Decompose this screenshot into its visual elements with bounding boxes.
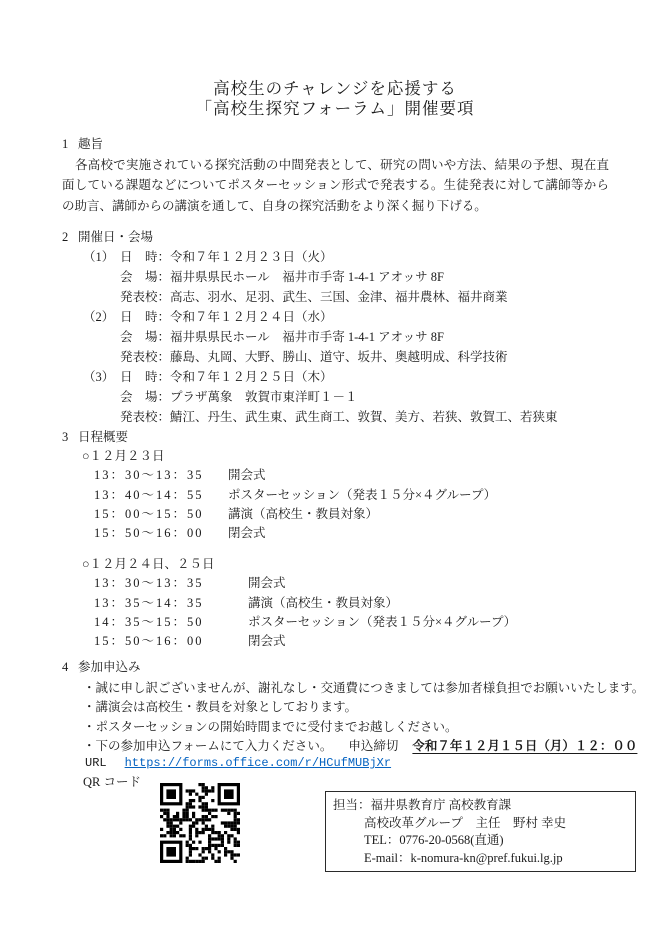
section-title: 日程概要 (78, 430, 128, 444)
deadline-label: 申込締切 (348, 739, 398, 753)
program-item: 15：50～16：00閉会式 (82, 524, 496, 543)
schools-label: 発表校： (120, 410, 170, 424)
section-schedule-heading: 2開催日・会場 (62, 227, 153, 245)
application-notes: ・誠に申し訳ございませんが、謝礼なし・交通費につきましては参加者様負担でお願いい… (83, 679, 644, 757)
program-item: 13：30～13：35開会式 (82, 466, 496, 485)
section-application-heading: 4参加申込み (62, 657, 141, 675)
purpose-paragraph: 各高校で実施されている探究活動の中間発表として、研究の問いや方法、結果の予想、現… (62, 155, 609, 216)
section-title: 参加申込み (78, 660, 141, 674)
deadline-date: 令和７年１２月１５日（月）１２：００ (412, 739, 637, 753)
title-line-2: 「高校生探究フォーラム」開催要項 (0, 99, 670, 119)
section-number: 1 (62, 137, 78, 152)
event-index: （1） (83, 247, 114, 267)
date-label: 日 時： (120, 250, 170, 264)
contact-phone: TEL：0776-20-0568(直通) (333, 832, 635, 850)
program-item: 14：35～15：50ポスターセッション（発表１５分×４グループ） (82, 613, 516, 632)
event-schools-row: 発表校：鯖江、丹生、武生東、武生商工、敦賀、美方、若狭、敦賀工、若狭東 (83, 407, 623, 427)
program-time: 13：30～13：35 (94, 466, 228, 485)
venue-label: 会 場： (120, 390, 170, 404)
program-item: 13：35～14：35講演（高校生・教員対象） (82, 594, 516, 613)
program-time: 15：50～16：00 (94, 524, 228, 543)
document-title: 高校生のチャレンジを応援する 「高校生探究フォーラム」開催要項 (0, 79, 670, 119)
program-time: 13：30～13：35 (94, 574, 248, 593)
event-venue: プラザ萬象 敦賀市東洋町１－１ (170, 390, 358, 404)
date-label: 日 時： (120, 370, 170, 384)
application-note: ・誠に申し訳ございませんが、謝礼なし・交通費につきましては参加者様負担でお願いい… (83, 679, 644, 698)
date-label: 日 時： (120, 310, 170, 324)
section-number: 2 (62, 230, 78, 245)
program-day-1: ○１２月２３日 13：30～13：35開会式 13：40～14：55ポスターセッ… (82, 447, 496, 543)
section-title: 開催日・会場 (78, 230, 153, 244)
schools-label: 発表校： (120, 350, 170, 364)
url-label: URL (85, 756, 107, 770)
section-purpose-heading: 1趣旨 (62, 134, 103, 152)
qr-code-image (160, 783, 240, 863)
event-venue-row: 会 場：福井県県民ホール 福井市手寄 1-4-1 アオッサ 8F (83, 327, 623, 347)
event-date: 令和７年１２月２３日（火） (170, 250, 333, 264)
contact-department: 担当：福井県教育庁 高校教育課 (333, 797, 635, 815)
schools-label: 発表校： (120, 290, 170, 304)
program-label: 閉会式 (248, 634, 286, 648)
venue-label: 会 場： (120, 270, 170, 284)
application-note: ・ポスターセッションの開始時間までに受付までお越しください。 (83, 718, 644, 737)
program-item: 13：40～14：55ポスターセッション（発表１５分×４グループ） (82, 486, 496, 505)
contact-box: 担当：福井県教育庁 高校教育課 高校改革グループ 主任 野村 幸史 TEL：07… (325, 791, 636, 872)
url-row: URL https://forms.office.com/r/HCufMUBjX… (85, 753, 391, 771)
program-label: 開会式 (248, 576, 286, 590)
program-time: 15：00～15：50 (94, 505, 228, 524)
program-day-2: ○１２月２４日、２５日 13：30～13：35開会式 13：35～14：35講演… (82, 555, 516, 651)
event-date-row: （3） 日 時：令和７年１２月２５日（木） (83, 367, 623, 387)
contact-email: E-mail：k-nomura-kn@pref.fukui.lg.jp (333, 850, 635, 868)
program-time: 13：35～14：35 (94, 594, 248, 613)
event-schools: 藤島、丸岡、大野、勝山、道守、坂井、奥越明成、科学技術 (170, 350, 508, 364)
event-date: 令和７年１２月２５日（木） (170, 370, 333, 384)
event-venue-row: 会 場：プラザ萬象 敦賀市東洋町１－１ (83, 387, 623, 407)
program-time: 13：40～14：55 (94, 486, 228, 505)
program-item: 15：00～15：50講演（高校生・教員対象） (82, 505, 496, 524)
venue-label: 会 場： (120, 330, 170, 344)
qr-code-label: QR コード (83, 772, 141, 790)
event-venue-row: 会 場：福井県県民ホール 福井市手寄 1-4-1 アオッサ 8F (83, 267, 623, 287)
program-label: ポスターセッション（発表１５分×４グループ） (248, 615, 516, 629)
program-label: 開会式 (228, 468, 266, 482)
program-day-label: ○１２月２４日、２５日 (82, 555, 516, 574)
schedule-events: （1） 日 時：令和７年１２月２３日（火） 会 場：福井県県民ホール 福井市手寄… (83, 247, 623, 427)
event-date-row: （2） 日 時：令和７年１２月２４日（水） (83, 307, 623, 327)
document-page: 高校生のチャレンジを応援する 「高校生探究フォーラム」開催要項 1趣旨 各高校で… (0, 0, 670, 948)
contact-person: 高校改革グループ 主任 野村 幸史 (333, 815, 635, 833)
application-form-note: ・下の参加申込フォームにて入力ください。 (83, 739, 332, 753)
program-time: 15：50～16：00 (94, 632, 248, 651)
program-label: 講演（高校生・教員対象） (228, 507, 378, 521)
section-number: 3 (62, 430, 78, 445)
program-label: 講演（高校生・教員対象） (248, 596, 398, 610)
event-index: （2） (83, 307, 114, 327)
title-line-1: 高校生のチャレンジを応援する (0, 79, 670, 99)
program-label: ポスターセッション（発表１５分×４グループ） (228, 488, 496, 502)
event-date: 令和７年１２月２４日（水） (170, 310, 333, 324)
program-label: 閉会式 (228, 526, 266, 540)
program-time: 14：35～15：50 (94, 613, 248, 632)
application-note: ・講演会は高校生・教員を対象としております。 (83, 698, 644, 717)
event-date-row: （1） 日 時：令和７年１２月２３日（火） (83, 247, 623, 267)
event-schools-row: 発表校：高志、羽水、足羽、武生、三国、金津、福井農林、福井商業 (83, 287, 623, 307)
event-index: （3） (83, 367, 114, 387)
event-schools: 高志、羽水、足羽、武生、三国、金津、福井農林、福井商業 (170, 290, 508, 304)
event-schools: 鯖江、丹生、武生東、武生商工、敦賀、美方、若狭、敦賀工、若狭東 (170, 410, 558, 424)
program-day-label: ○１２月２３日 (82, 447, 496, 466)
program-item: 15：50～16：00閉会式 (82, 632, 516, 651)
application-form-link[interactable]: https://forms.office.com/r/HCufMUBjXr (125, 756, 391, 770)
program-item: 13：30～13：35開会式 (82, 574, 516, 593)
event-schools-row: 発表校：藤島、丸岡、大野、勝山、道守、坂井、奥越明成、科学技術 (83, 347, 623, 367)
event-venue: 福井県県民ホール 福井市手寄 1-4-1 アオッサ 8F (170, 330, 444, 344)
section-title: 趣旨 (78, 137, 103, 151)
section-number: 4 (62, 660, 78, 675)
event-venue: 福井県県民ホール 福井市手寄 1-4-1 アオッサ 8F (170, 270, 444, 284)
section-program-heading: 3日程概要 (62, 427, 128, 445)
